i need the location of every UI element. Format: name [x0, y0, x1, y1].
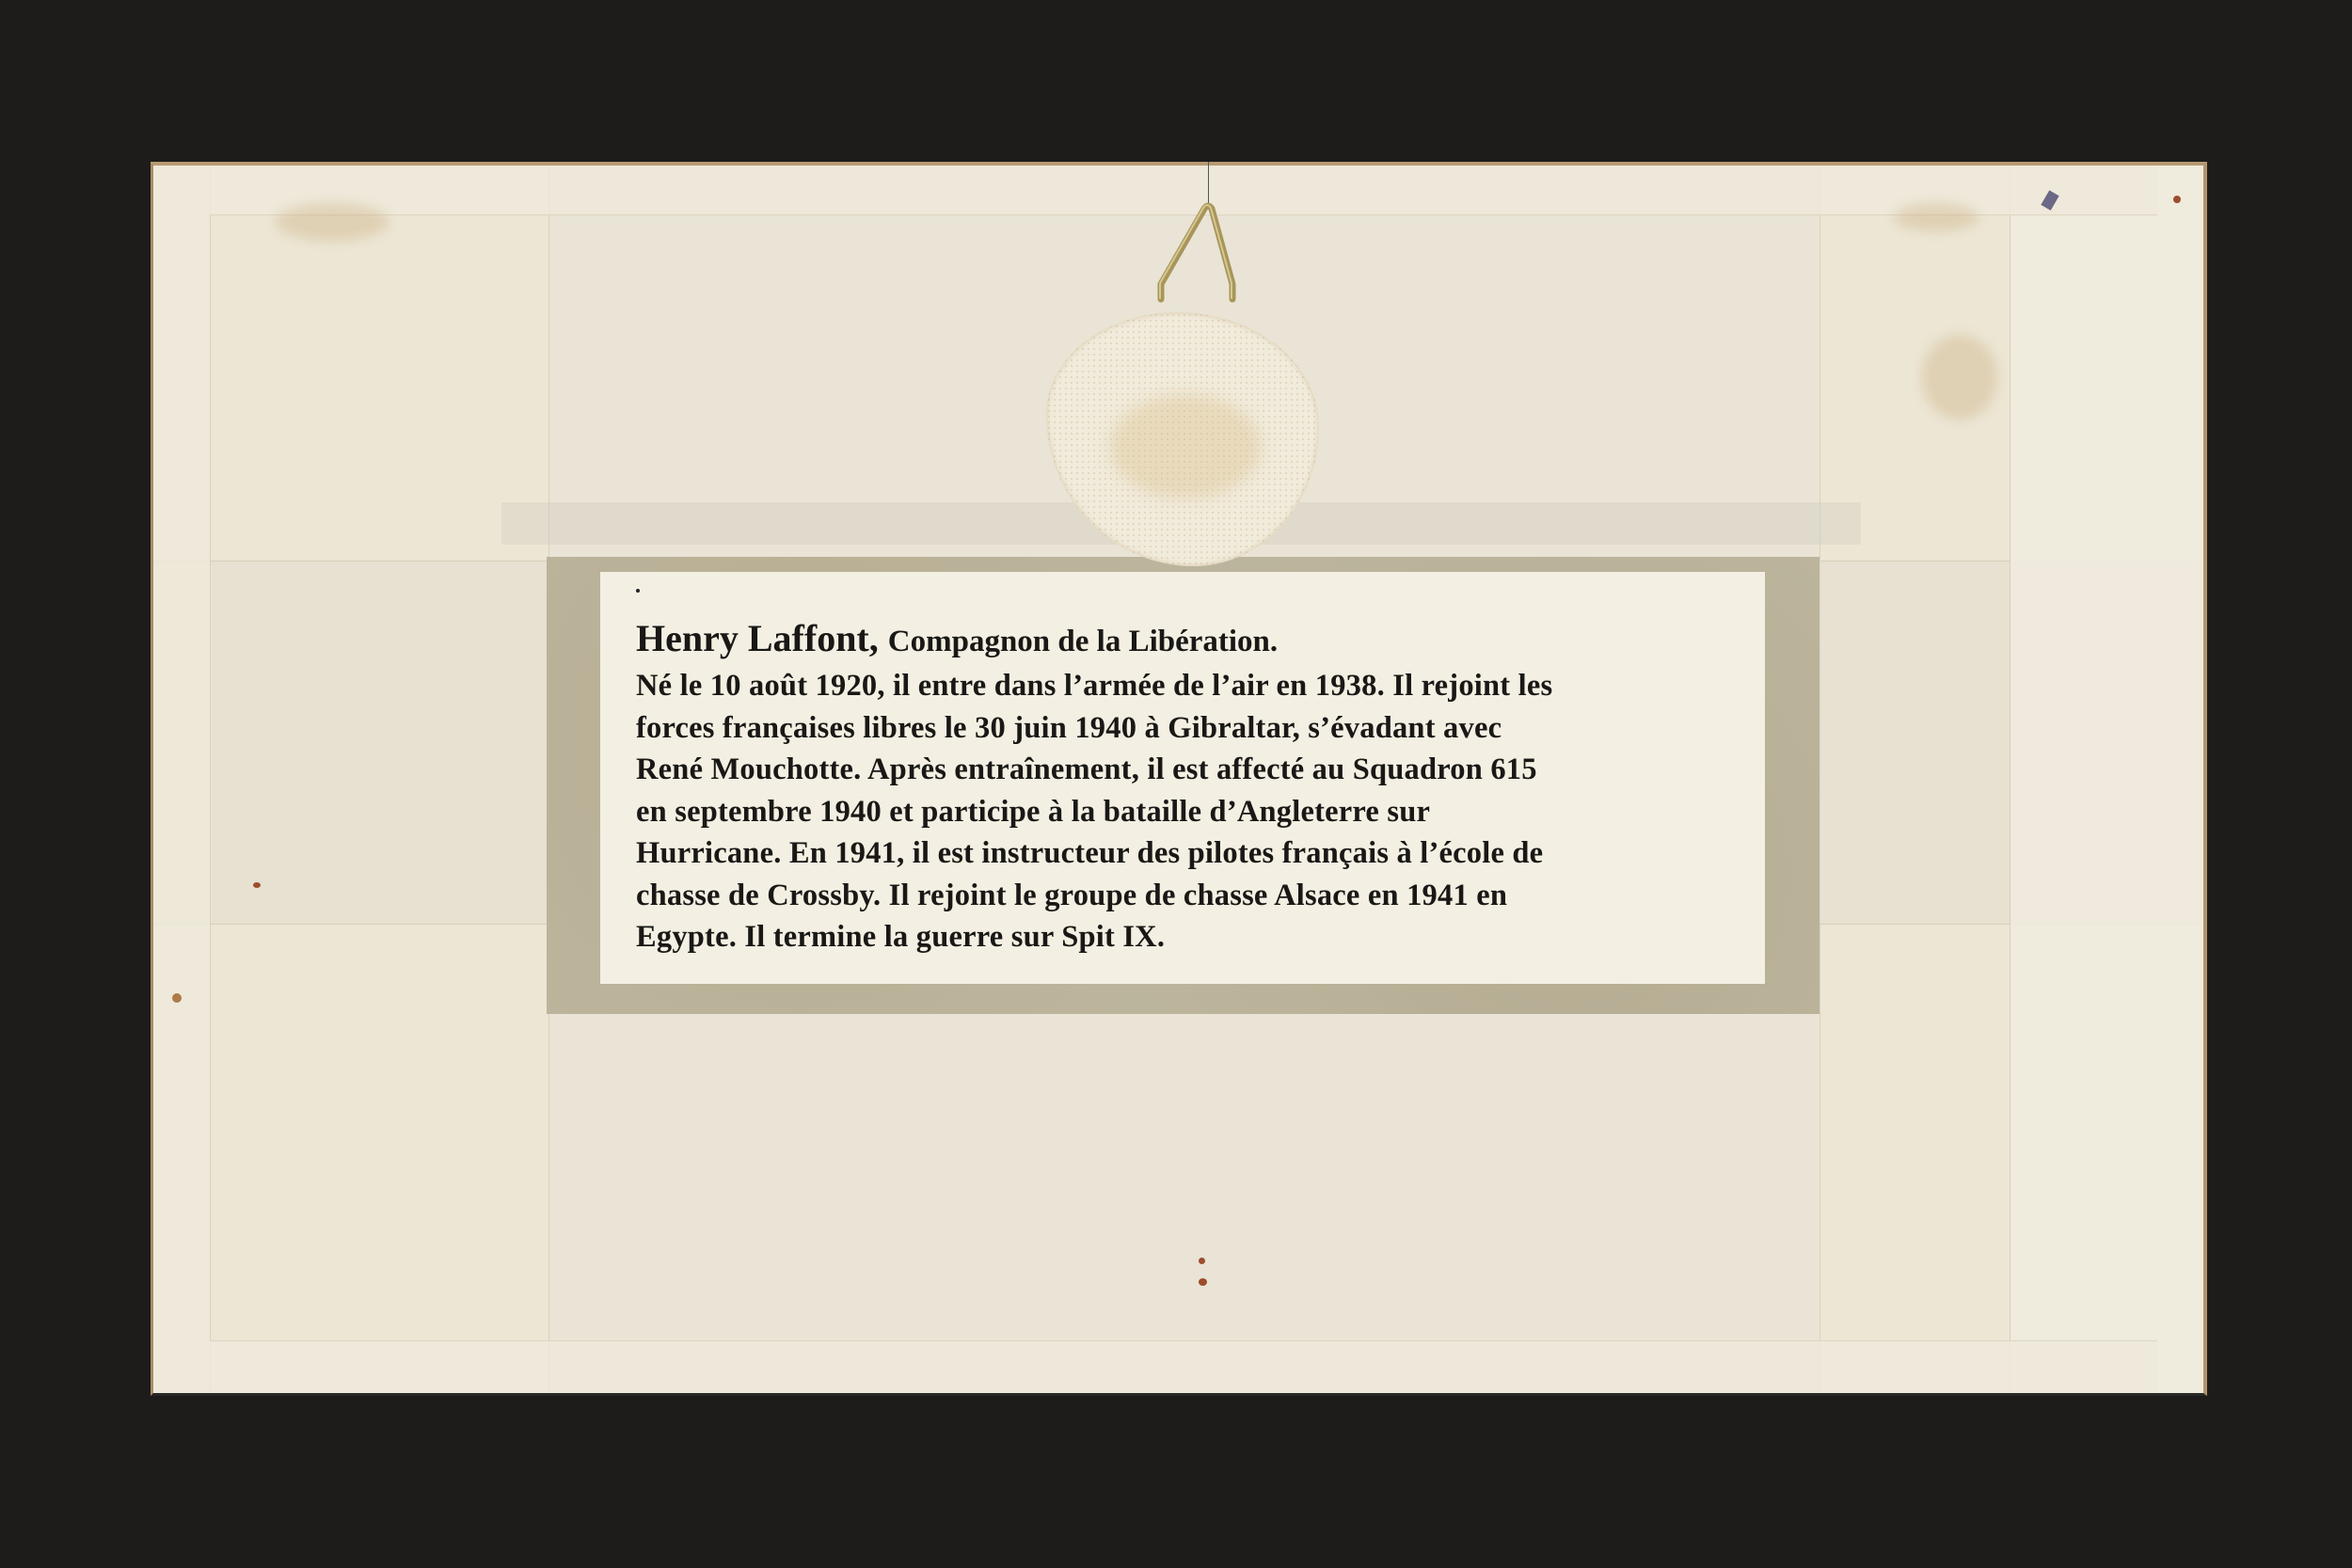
person-name: Henry Laffont,: [636, 617, 879, 659]
tape-tear: [172, 993, 182, 1003]
bio-line: en septembre 1940 et participe à la bata…: [636, 791, 1725, 833]
water-stain: [1922, 335, 1997, 420]
pad-stain: [1110, 395, 1261, 499]
water-stain: [276, 203, 389, 241]
rust-spot: [253, 882, 261, 888]
biography-label: Henry Laffont, Compagnon de la Libératio…: [600, 572, 1765, 984]
label-title: Henry Laffont, Compagnon de la Libératio…: [636, 615, 1725, 665]
person-honor: Compagnon de la Libération.: [888, 625, 1278, 658]
bio-line: Né le 10 août 1920, il entre dans l’armé…: [636, 665, 1725, 707]
rust-spot: [2173, 196, 2181, 203]
water-stain: [1894, 203, 1979, 231]
bottom-tape-strip: [210, 1340, 2157, 1393]
rust-spot: [1199, 1278, 1207, 1286]
bio-line: forces françaises libres le 30 juin 1940…: [636, 707, 1725, 750]
bio-line: Egypte. Il termine la guerre sur Spit IX…: [636, 916, 1725, 958]
biography-text: Né le 10 août 1920, il entre dans l’armé…: [636, 665, 1725, 958]
bio-line: chasse de Crossby. Il rejoint le groupe …: [636, 875, 1725, 917]
bio-line: Hurricane. En 1941, il est instructeur d…: [636, 832, 1725, 875]
left-tape-strip: [153, 166, 211, 1393]
bio-line: René Mouchotte. Après entraînement, il e…: [636, 749, 1725, 791]
triangle-hanger-icon: [1142, 198, 1246, 306]
right-tape-strip: [2010, 166, 2203, 1393]
dot-mark: [636, 589, 640, 593]
rust-spot: [1199, 1258, 1205, 1264]
